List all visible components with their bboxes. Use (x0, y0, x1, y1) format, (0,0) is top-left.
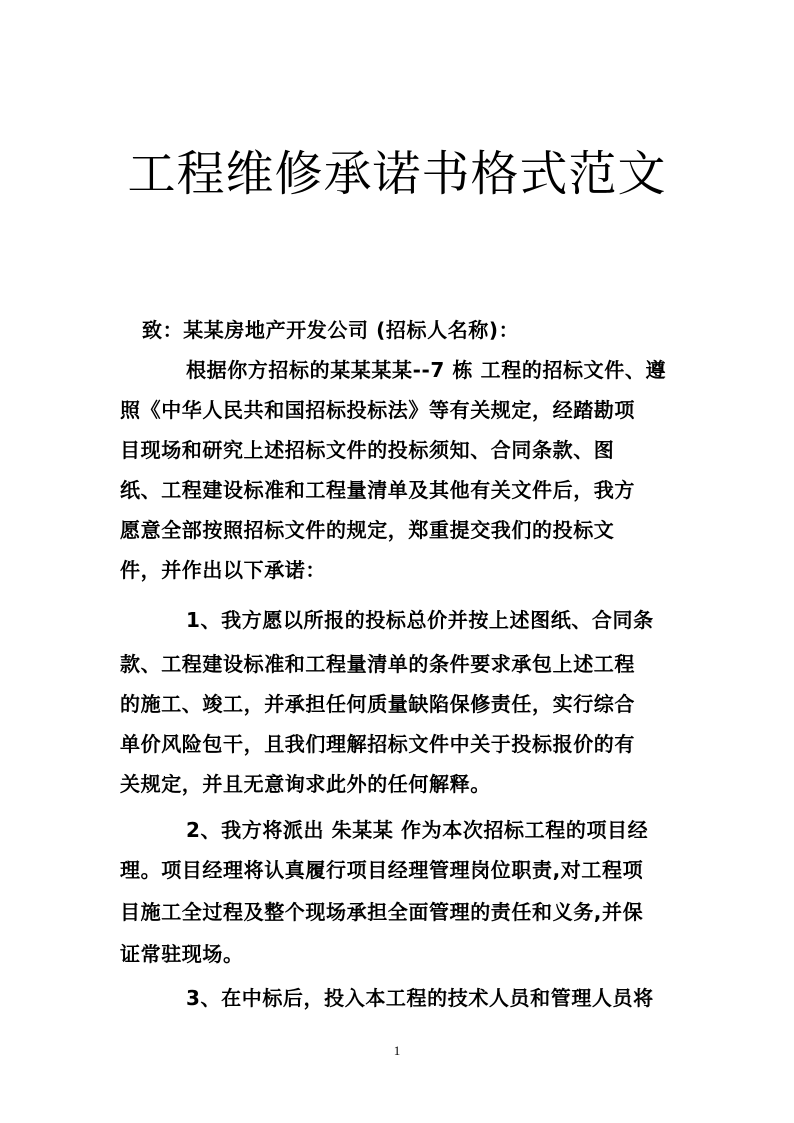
paragraph-line: 愿意全部按照招标文件的规定，郑重提交我们的投标文 (120, 516, 614, 544)
commitment-2-line: 2、我方将派出 朱某某 作为本次招标工程的项目经 (186, 816, 648, 844)
salutation: 致：某某房地产开发公司 (招标人名称)： (142, 316, 519, 344)
commitment-1-line: 1、我方愿以所报的投标总价并按上述图纸、合同条 (186, 606, 654, 634)
commitment-1-line: 关规定，并且无意询求此外的任何解释。 (120, 770, 491, 798)
commitment-1-line: 款、工程建设标准和工程量清单的条件要求承包上述工程 (120, 650, 635, 678)
commitment-3-line: 3、在中标后，投入本工程的技术人员和管理人员将 (186, 984, 654, 1012)
paragraph-line: 照《中华人民共和国招标投标法》等有关规定，经踏勘项 (120, 396, 635, 424)
commitment-1-line: 的施工、竣工，并承担任何质量缺陷保修责任，实行综合 (120, 690, 635, 718)
commitment-2-line: 目施工全过程及整个现场承担全面管理的责任和义务,并保 (120, 898, 643, 926)
document-title: 工程维修承诺书格式范文 (0, 142, 794, 206)
commitment-1-line: 单价风险包干，且我们理解招标文件中关于投标报价的有 (120, 730, 635, 758)
page-number: 1 (0, 1043, 794, 1059)
paragraph-line: 纸、工程建设标准和工程量清单及其他有关文件后，我方 (120, 476, 635, 504)
paragraph-line: 件，并作出以下承诺： (120, 556, 326, 584)
document-page: 工程维修承诺书格式范文 致：某某房地产开发公司 (招标人名称)： 根据你方招标的… (0, 0, 794, 1123)
commitment-2-line: 理。项目经理将认真履行项目经理管理岗位职责,对工程项 (120, 856, 643, 884)
commitment-2-line: 证常驻现场。 (120, 940, 244, 968)
paragraph-line: 目现场和研究上述招标文件的投标须知、合同条款、图 (120, 436, 614, 464)
paragraph-line: 根据你方招标的某某某某--7 栋 工程的招标文件、遵 (186, 356, 666, 384)
